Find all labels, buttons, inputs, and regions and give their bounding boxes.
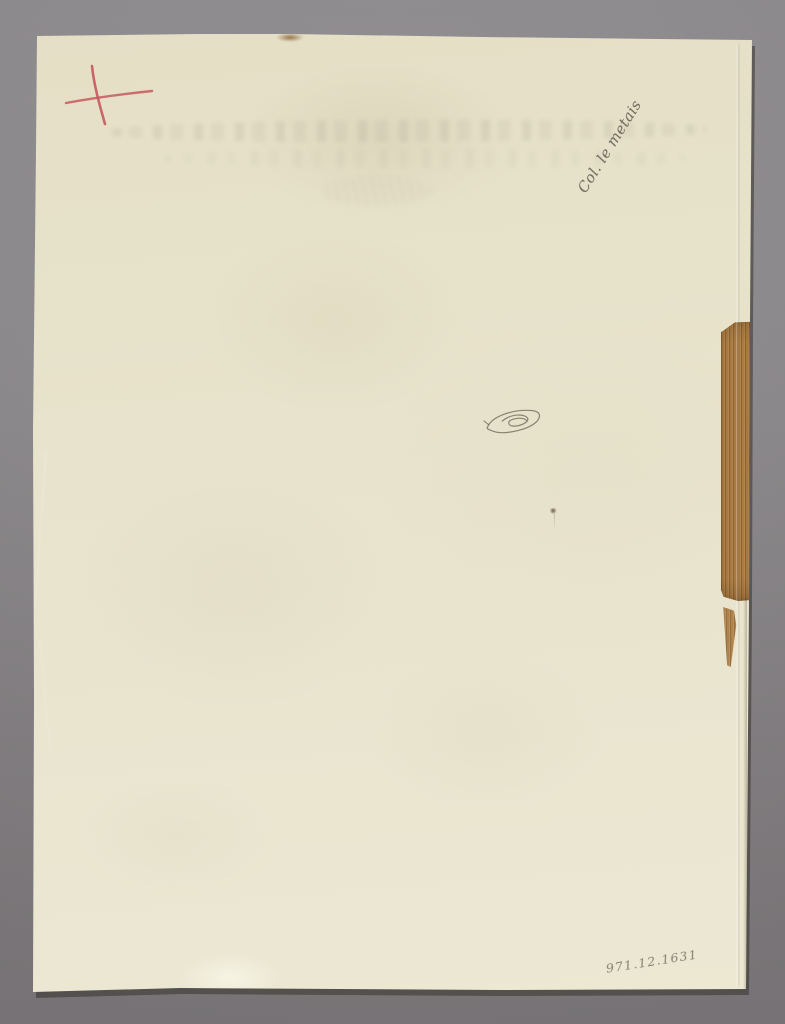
top-edge-adhesive-smudge [276, 33, 304, 42]
red-pencil-cross-mark [58, 55, 158, 130]
paper-sheet-verso: Col. le metais 971.12.1631 [0, 0, 785, 1024]
vertical-crease-right [736, 44, 738, 986]
paper-mottling-texture [33, 33, 753, 993]
foxing-speck-trail [554, 514, 555, 531]
bottom-edge-abrasion [173, 950, 288, 990]
photo-background: Col. le metais 971.12.1631 [0, 0, 785, 1024]
right-edge-shading [743, 598, 747, 990]
